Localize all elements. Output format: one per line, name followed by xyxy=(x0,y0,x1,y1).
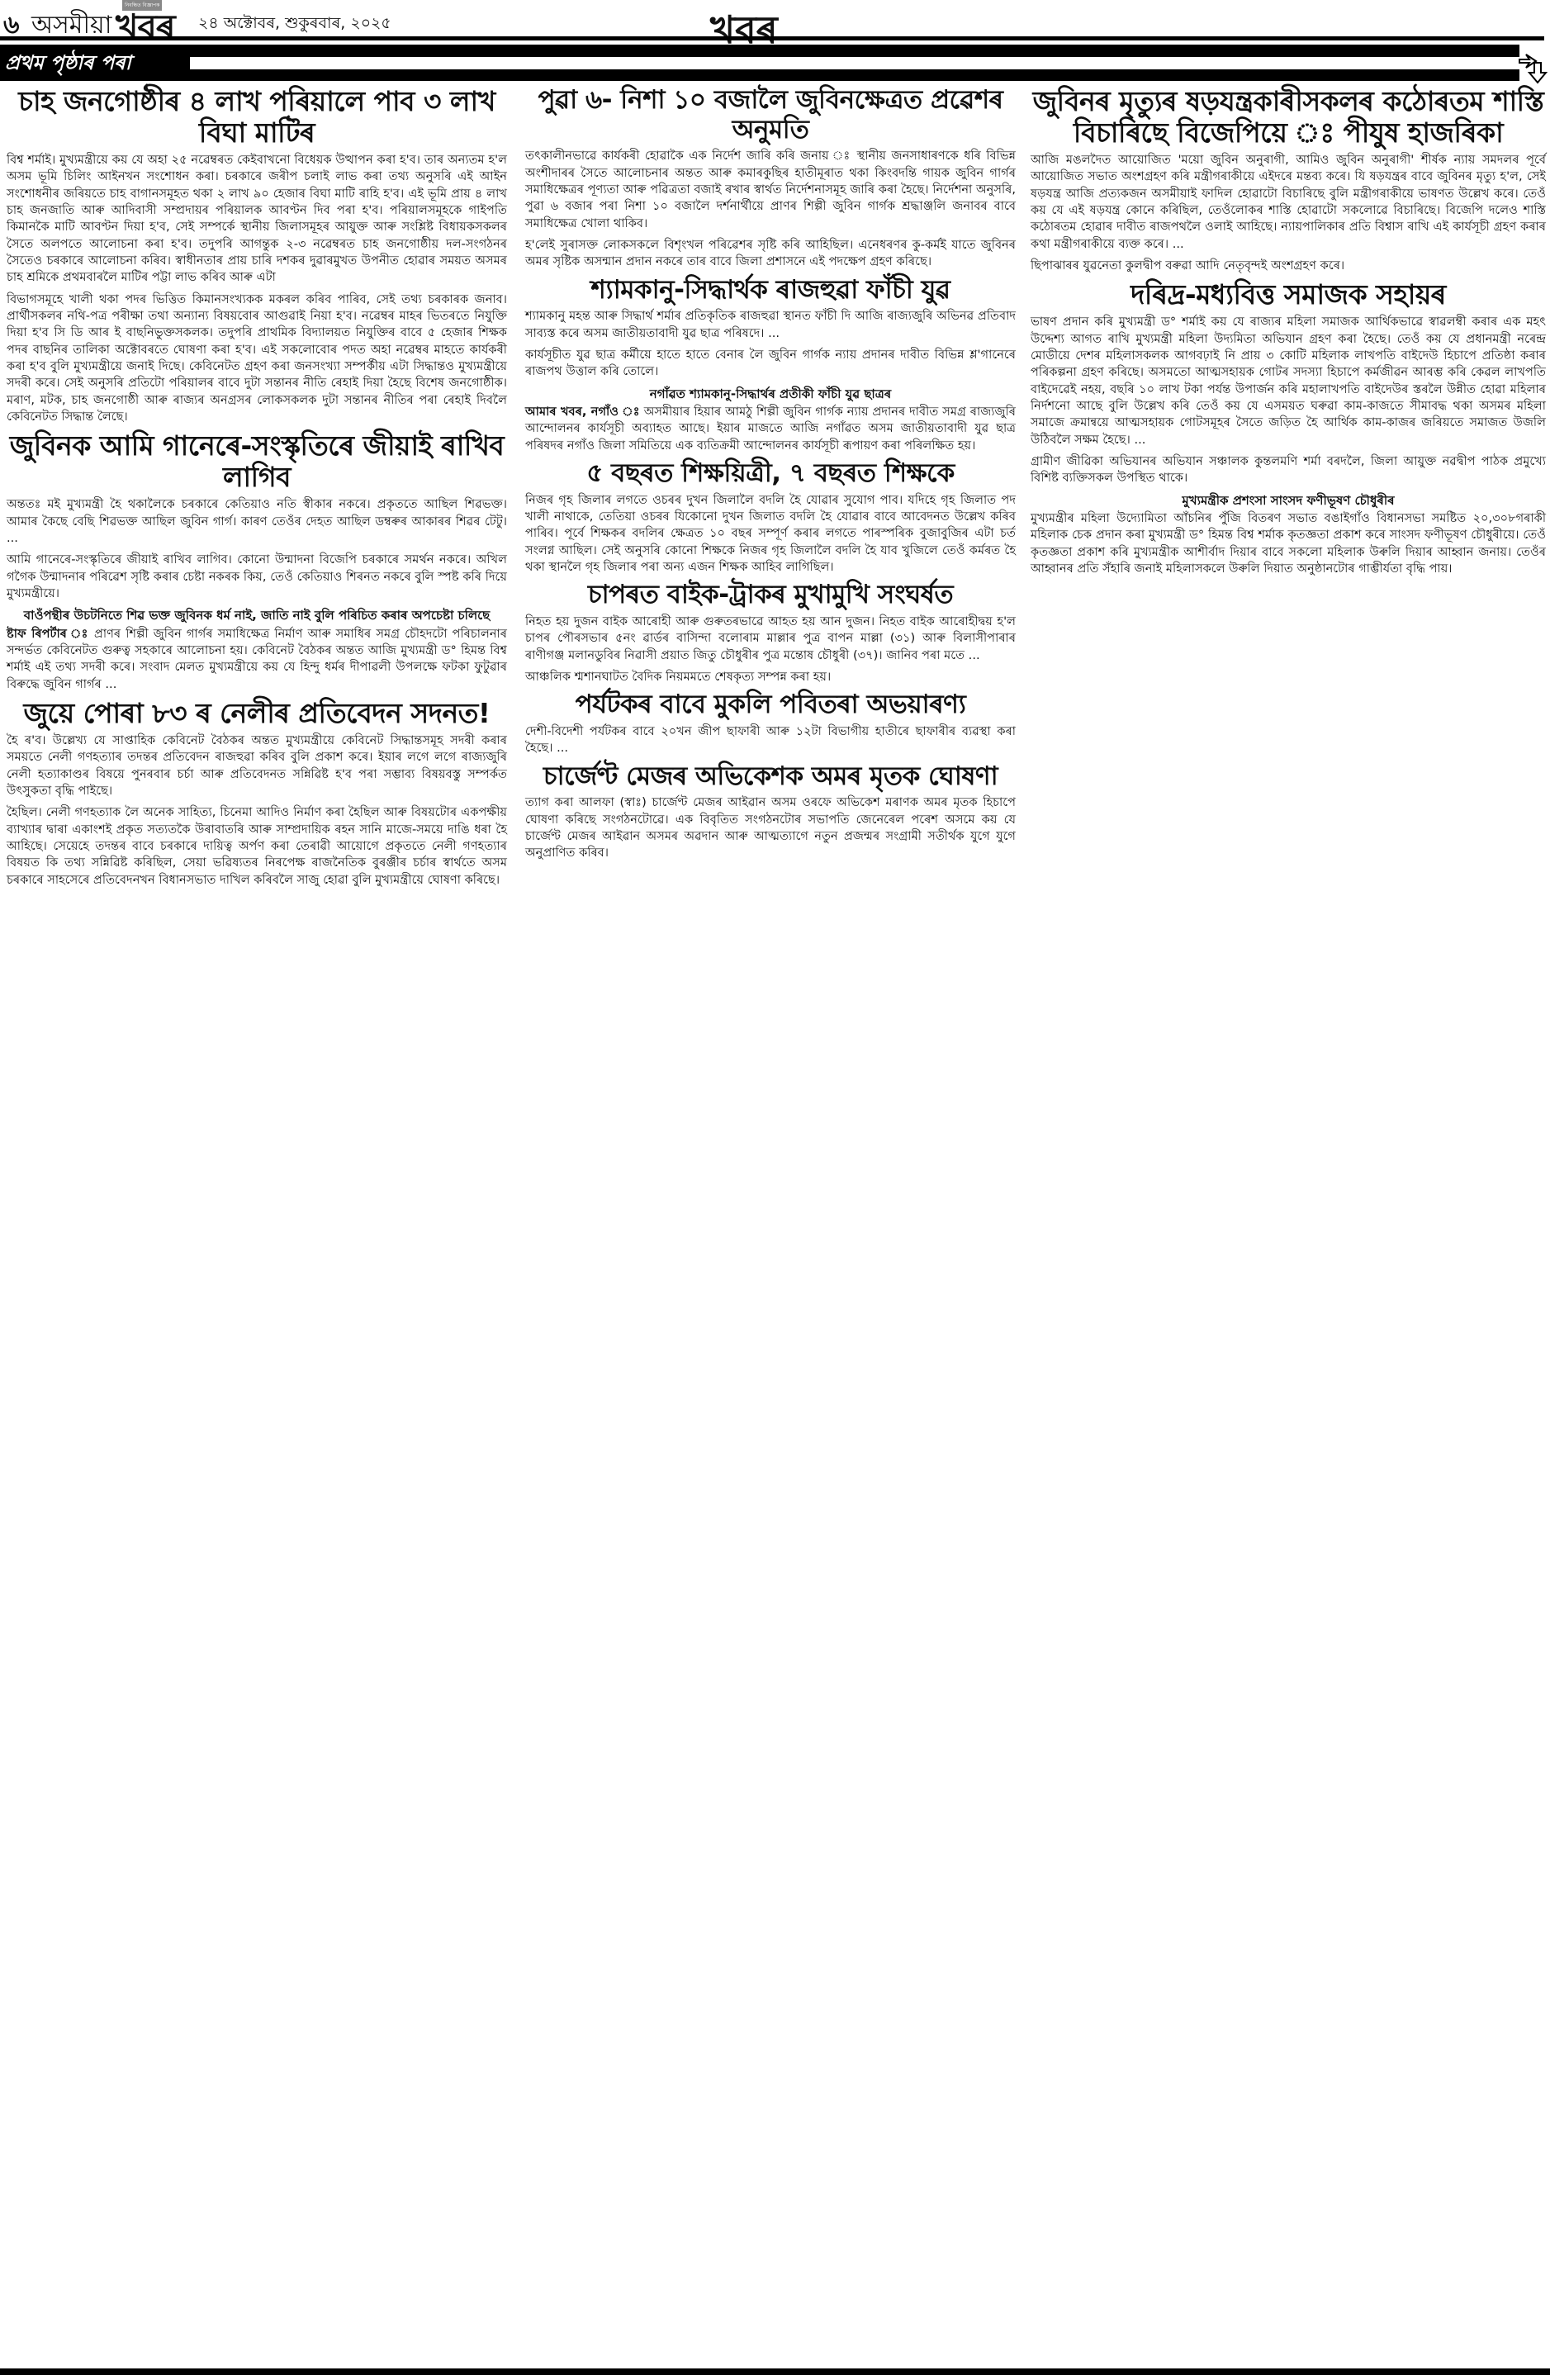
headline-pobitora-sanctuary: পৰ্যটকৰ বাবে মুকলি পবিতৰা অভয়াৰণ্য xyxy=(525,690,1016,720)
section-banner: প্ৰথম পৃষ্ঠাৰ পৰা xyxy=(0,45,1519,81)
article-paragraph: আজি মঙলদৈত আয়োজিত 'ময়ো জুবিন অনুৰাগী, … xyxy=(1031,152,1546,253)
article-paragraph: ছিপাঝাৰৰ যুৱনেতা কুলদ্বীপ বৰুৱা আদি নেতৃ… xyxy=(1031,258,1546,274)
article-paragraph: নিহত হয় দুজন বাইক আৰোহী আৰু গুৰুতৰভাৱে … xyxy=(525,614,1016,664)
headline-bike-truck-collision: চাপৰত বাইক-ট্ৰাকৰ মুখামুখি সংঘৰ্ষত xyxy=(525,581,1016,610)
page-number: ৬ xyxy=(3,5,20,47)
headline-effigy-hanging: শ্যামকানু-সিদ্ধাৰ্থক ৰাজহুৱা ফাঁচী যুৱ xyxy=(525,276,1016,306)
headline-zubeen-culture: জুবিনক আমি গানেৰে-সংস্কৃতিৰে জীয়াই ৰাখি… xyxy=(7,430,507,493)
article-paragraph: দেশী-বিদেশী পৰ্যটকৰ বাবে ২০খন জীপ ছাফাৰী… xyxy=(525,723,1016,757)
headline-sergeant-major: চাৰ্জেণ্ট মেজৰ অভিকেশক অমৰ মৃতক ঘোষণা xyxy=(525,762,1016,792)
article-paragraph: ষ্টাফ ৰিপৰ্টাৰ ঃ প্ৰাণৰ শিল্পী জুবিন গাৰ… xyxy=(7,626,507,693)
masthead-rule xyxy=(0,36,1544,40)
headline-poor-middle-class: দৰিদ্ৰ-মধ্যবিত্ত সমাজক সহায়ৰ xyxy=(1031,279,1546,311)
middle-column: পুৱা ৬- নিশা ১০ বজালৈ জুবিনক্ষেত্ৰত প্ৰৱ… xyxy=(525,84,1016,867)
article-paragraph: নিজৰ গৃহ জিলাৰ লগতে ওচৰৰ দুখন জিলালৈ বদল… xyxy=(525,492,1016,576)
left-column: চাহ জনগোষ্ঠীৰ ৪ লাখ পৰিয়ালে পাব ৩ লাখ ব… xyxy=(7,84,507,894)
headline-tea-community-land: চাহ জনগোষ্ঠীৰ ৪ লাখ পৰিয়ালে পাব ৩ লাখ ব… xyxy=(7,86,507,149)
headline-samadhi-entry: পুৱা ৬- নিশা ১০ বজালৈ জুবিনক্ষেত্ৰত প্ৰৱ… xyxy=(525,86,1016,145)
article-paragraph: বিভাগসমূহে খালী থকা পদৰ ভিত্তিত কিমানসংখ… xyxy=(7,292,507,426)
banner-inner-bar xyxy=(190,57,1519,69)
headline-nellie-report: জুয়ে পোৰা ৮৩ ৰ নেলীৰ প্ৰতিবেদন সদনত! xyxy=(7,698,507,729)
subheadline: বাওঁপন্থীৰ উচটনিতে শিৱ ভক্ত জুবিনক ধৰ্ম … xyxy=(7,607,507,623)
article-paragraph: অন্ততঃ মই মুখ্যমন্ত্ৰী হৈ থকালৈকে চৰকাৰে… xyxy=(7,496,507,547)
bottom-rule xyxy=(0,2368,1550,2375)
right-column: জুবিনৰ মৃত্যুৰ ষড়যন্ত্ৰকাৰীসকলৰ কঠোৰতম … xyxy=(1031,84,1546,582)
article-paragraph: বিশ্ব শৰ্মাই। মুখ্যমন্ত্ৰীয়ে কয় যে অহা… xyxy=(7,152,507,287)
article-paragraph: আঞ্চলিক শ্মশানঘাটত বৈদিক নিয়মমতে শেষকৃত… xyxy=(525,669,1016,685)
article-paragraph: শ্যামকানু মহন্ত আৰু সিদ্ধাৰ্থ শৰ্মাৰ প্ৰ… xyxy=(525,308,1016,342)
section-banner-label: প্ৰথম পৃষ্ঠাৰ পৰা xyxy=(5,48,131,81)
article-paragraph: হৈছিল। নেলী গণহত্যাক লৈ অনেক সাহিত্য, চি… xyxy=(7,804,507,889)
headline-pijush-hazarika: জুবিনৰ মৃত্যুৰ ষড়যন্ত্ৰকাৰীসকলৰ কঠোৰতম … xyxy=(1031,86,1546,149)
article-paragraph: হ'লেই সুৰাসক্ত লোকসকলে বিশৃংখল পৰিৱেশৰ স… xyxy=(525,237,1016,271)
paper-name: অসমীয়া xyxy=(31,5,111,47)
registration-tag: নিবন্ধিত বিজ্ঞাপক xyxy=(122,0,162,11)
byline: আমাৰ খবৰ, নগাঁও ঃ xyxy=(525,405,640,419)
dateline: ২৪ অক্টোবৰ, শুকুৰবাৰ, ২০২৫ xyxy=(198,12,391,38)
article-paragraph: ত্যাগ কৰা আলফা (স্বাঃ) চাৰ্জেণ্ট মেজৰ আই… xyxy=(525,794,1016,861)
article-paragraph: আমাৰ খবৰ, নগাঁও ঃ অসমীয়াৰ হিয়াৰ আমঠু শ… xyxy=(525,404,1016,454)
masthead: ৬ অসমীয়া খবৰ নিবন্ধিত বিজ্ঞাপক ২৪ অক্টো… xyxy=(0,0,1550,43)
article-paragraph: কাৰ্যসূচীত যুৱ ছাত্ৰ কৰ্মীয়ে হাতে হাতে … xyxy=(525,347,1016,381)
article-paragraph: আমি গানেৰে-সংস্কৃতিৰে জীয়াই ৰাখিব লাগিব… xyxy=(7,552,507,602)
headline-teacher-transfer: ৫ বছৰত শিক্ষয়িত্ৰী, ৭ বছৰত শিক্ষকে xyxy=(525,459,1016,489)
article-paragraph: মুখ্যমন্ত্ৰীৰ মহিলা উদ্যোমিতা আঁচনিৰ পুঁ… xyxy=(1031,510,1546,577)
continue-arrow-icon xyxy=(1518,48,1549,84)
subheadline: মুখ্যমন্ত্ৰীক প্ৰশংসা সাংসদ ফণীভূষণ চৌধু… xyxy=(1031,492,1546,509)
article-paragraph: গ্ৰামীণ জীৱিকা অভিযানৰ অভিযান সঞ্চালক কু… xyxy=(1031,453,1546,487)
article-paragraph: তৎকালীনভাৱে কাৰ্যকৰী হোৱাকৈ এক নিৰ্দেশ জ… xyxy=(525,148,1016,232)
byline: ষ্টাফ ৰিপৰ্টাৰ ঃ xyxy=(7,627,89,641)
article-paragraph: হৈ ৰ'ব। উল্লেখ্য যে সাপ্তাহিক কেবিনেট বৈ… xyxy=(7,732,507,799)
subheadline: নগাঁৱত শ্যামকানু-সিদ্ধাৰ্থৰ প্ৰতীকী ফাঁচ… xyxy=(525,386,1016,402)
article-paragraph: ভাষণ প্ৰদান কৰি মুখ্যমন্ত্ৰী ড° শৰ্মাই ক… xyxy=(1031,314,1546,448)
